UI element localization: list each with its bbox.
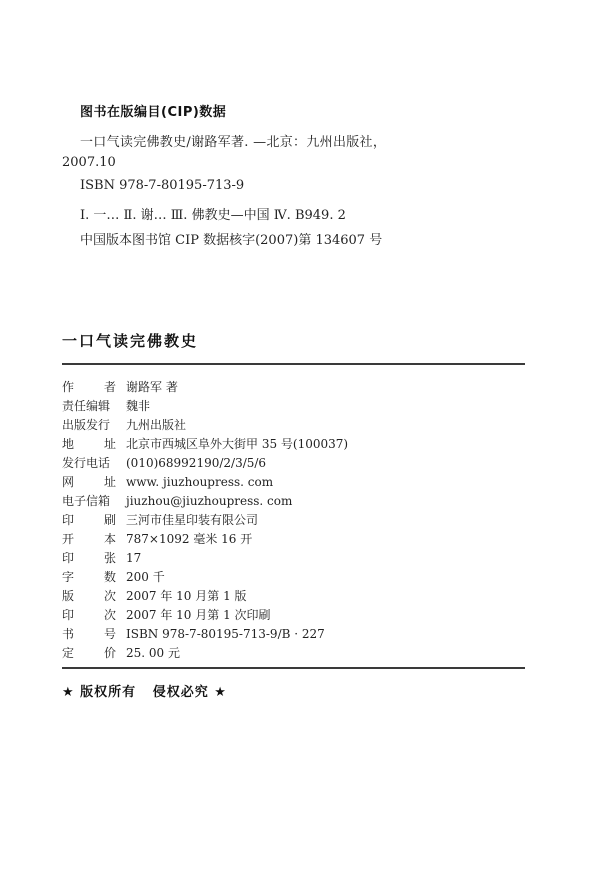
- info-value: 谢路军 著: [126, 378, 178, 395]
- cip-heading: 图书在版编目(CIP)数据: [80, 101, 226, 120]
- info-value: 北京市西城区阜外大街甲 35 号(100037): [126, 435, 348, 452]
- info-row-phone: 发行电话 (010)68992190/2/3/5/6: [62, 453, 348, 472]
- info-label: 印次: [62, 606, 116, 623]
- publication-info-table: 作者 谢路军 著 责任编辑 魏非 出版发行 九州出版社 地址 北京市西城区阜外大…: [62, 377, 348, 662]
- info-row-address: 地址 北京市西城区阜外大街甲 35 号(100037): [62, 434, 348, 453]
- info-value: 787×1092 毫米 16 开: [126, 530, 252, 547]
- info-row-website: 网址 www. jiuzhoupress. com: [62, 472, 348, 491]
- info-row-printer: 印刷 三河市佳星印装有限公司: [62, 510, 348, 529]
- info-value: 2007 年 10 月第 1 次印刷: [126, 606, 271, 623]
- info-label: 电子信箱: [62, 492, 116, 509]
- cip-title-line: 一口气读完佛教史/谢路军著. —北京：九州出版社，: [80, 131, 386, 150]
- info-value: 2007 年 10 月第 1 版: [126, 587, 247, 604]
- info-label: 地址: [62, 435, 116, 452]
- info-label: 书号: [62, 625, 116, 642]
- cip-number-line: 中国版本图书馆 CIP 数据核字(2007)第 134607 号: [80, 229, 382, 248]
- top-divider: [62, 363, 525, 365]
- info-value: www. jiuzhoupress. com: [126, 475, 273, 489]
- info-value: ISBN 978-7-80195-713-9/B · 227: [126, 627, 325, 641]
- bottom-divider: [62, 667, 525, 669]
- info-row-author: 作者 谢路军 著: [62, 377, 348, 396]
- info-label: 印张: [62, 549, 116, 566]
- info-row-wordcount: 字数 200 千: [62, 567, 348, 586]
- info-row-editor: 责任编辑 魏非: [62, 396, 348, 415]
- info-row-publisher: 出版发行 九州出版社: [62, 415, 348, 434]
- info-row-price: 定价 25. 00 元: [62, 643, 348, 662]
- info-label: 发行电话: [62, 454, 116, 471]
- info-value: (010)68992190/2/3/5/6: [126, 456, 266, 470]
- info-label: 定价: [62, 644, 116, 661]
- info-row-format: 开本 787×1092 毫米 16 开: [62, 529, 348, 548]
- copyright-notice: ★ 版权所有 侵权必究 ★: [62, 681, 227, 700]
- info-row-printing: 印次 2007 年 10 月第 1 次印刷: [62, 605, 348, 624]
- cip-date-line: 2007.10: [62, 155, 116, 170]
- info-label: 出版发行: [62, 416, 116, 433]
- info-value: jiuzhou@jiuzhoupress. com: [126, 494, 292, 508]
- info-value: 九州出版社: [126, 416, 186, 433]
- info-label: 字数: [62, 568, 116, 585]
- info-label: 网址: [62, 473, 116, 490]
- info-value: 三河市佳星印装有限公司: [126, 511, 258, 528]
- cip-isbn-line: ISBN 978-7-80195-713-9: [80, 178, 244, 193]
- info-label: 版次: [62, 587, 116, 604]
- info-value: 17: [126, 551, 141, 565]
- info-row-book-number: 书号 ISBN 978-7-80195-713-9/B · 227: [62, 624, 348, 643]
- info-label: 印刷: [62, 511, 116, 528]
- info-value: 25. 00 元: [126, 644, 180, 661]
- copyright-page: 图书在版编目(CIP)数据 一口气读完佛教史/谢路军著. —北京：九州出版社， …: [0, 0, 600, 869]
- info-label: 作者: [62, 378, 116, 395]
- info-row-sheets: 印张 17: [62, 548, 348, 567]
- info-label: 责任编辑: [62, 397, 116, 414]
- info-value: 200 千: [126, 568, 165, 585]
- info-row-email: 电子信箱 jiuzhou@jiuzhoupress. com: [62, 491, 348, 510]
- info-row-edition: 版次 2007 年 10 月第 1 版: [62, 586, 348, 605]
- cip-subjects-line: Ⅰ. 一… Ⅱ. 谢… Ⅲ. 佛教史—中国 Ⅳ. B949. 2: [80, 204, 346, 223]
- info-value: 魏非: [126, 397, 150, 414]
- info-label: 开本: [62, 530, 116, 547]
- book-title: 一口气读完佛教史: [62, 330, 198, 351]
